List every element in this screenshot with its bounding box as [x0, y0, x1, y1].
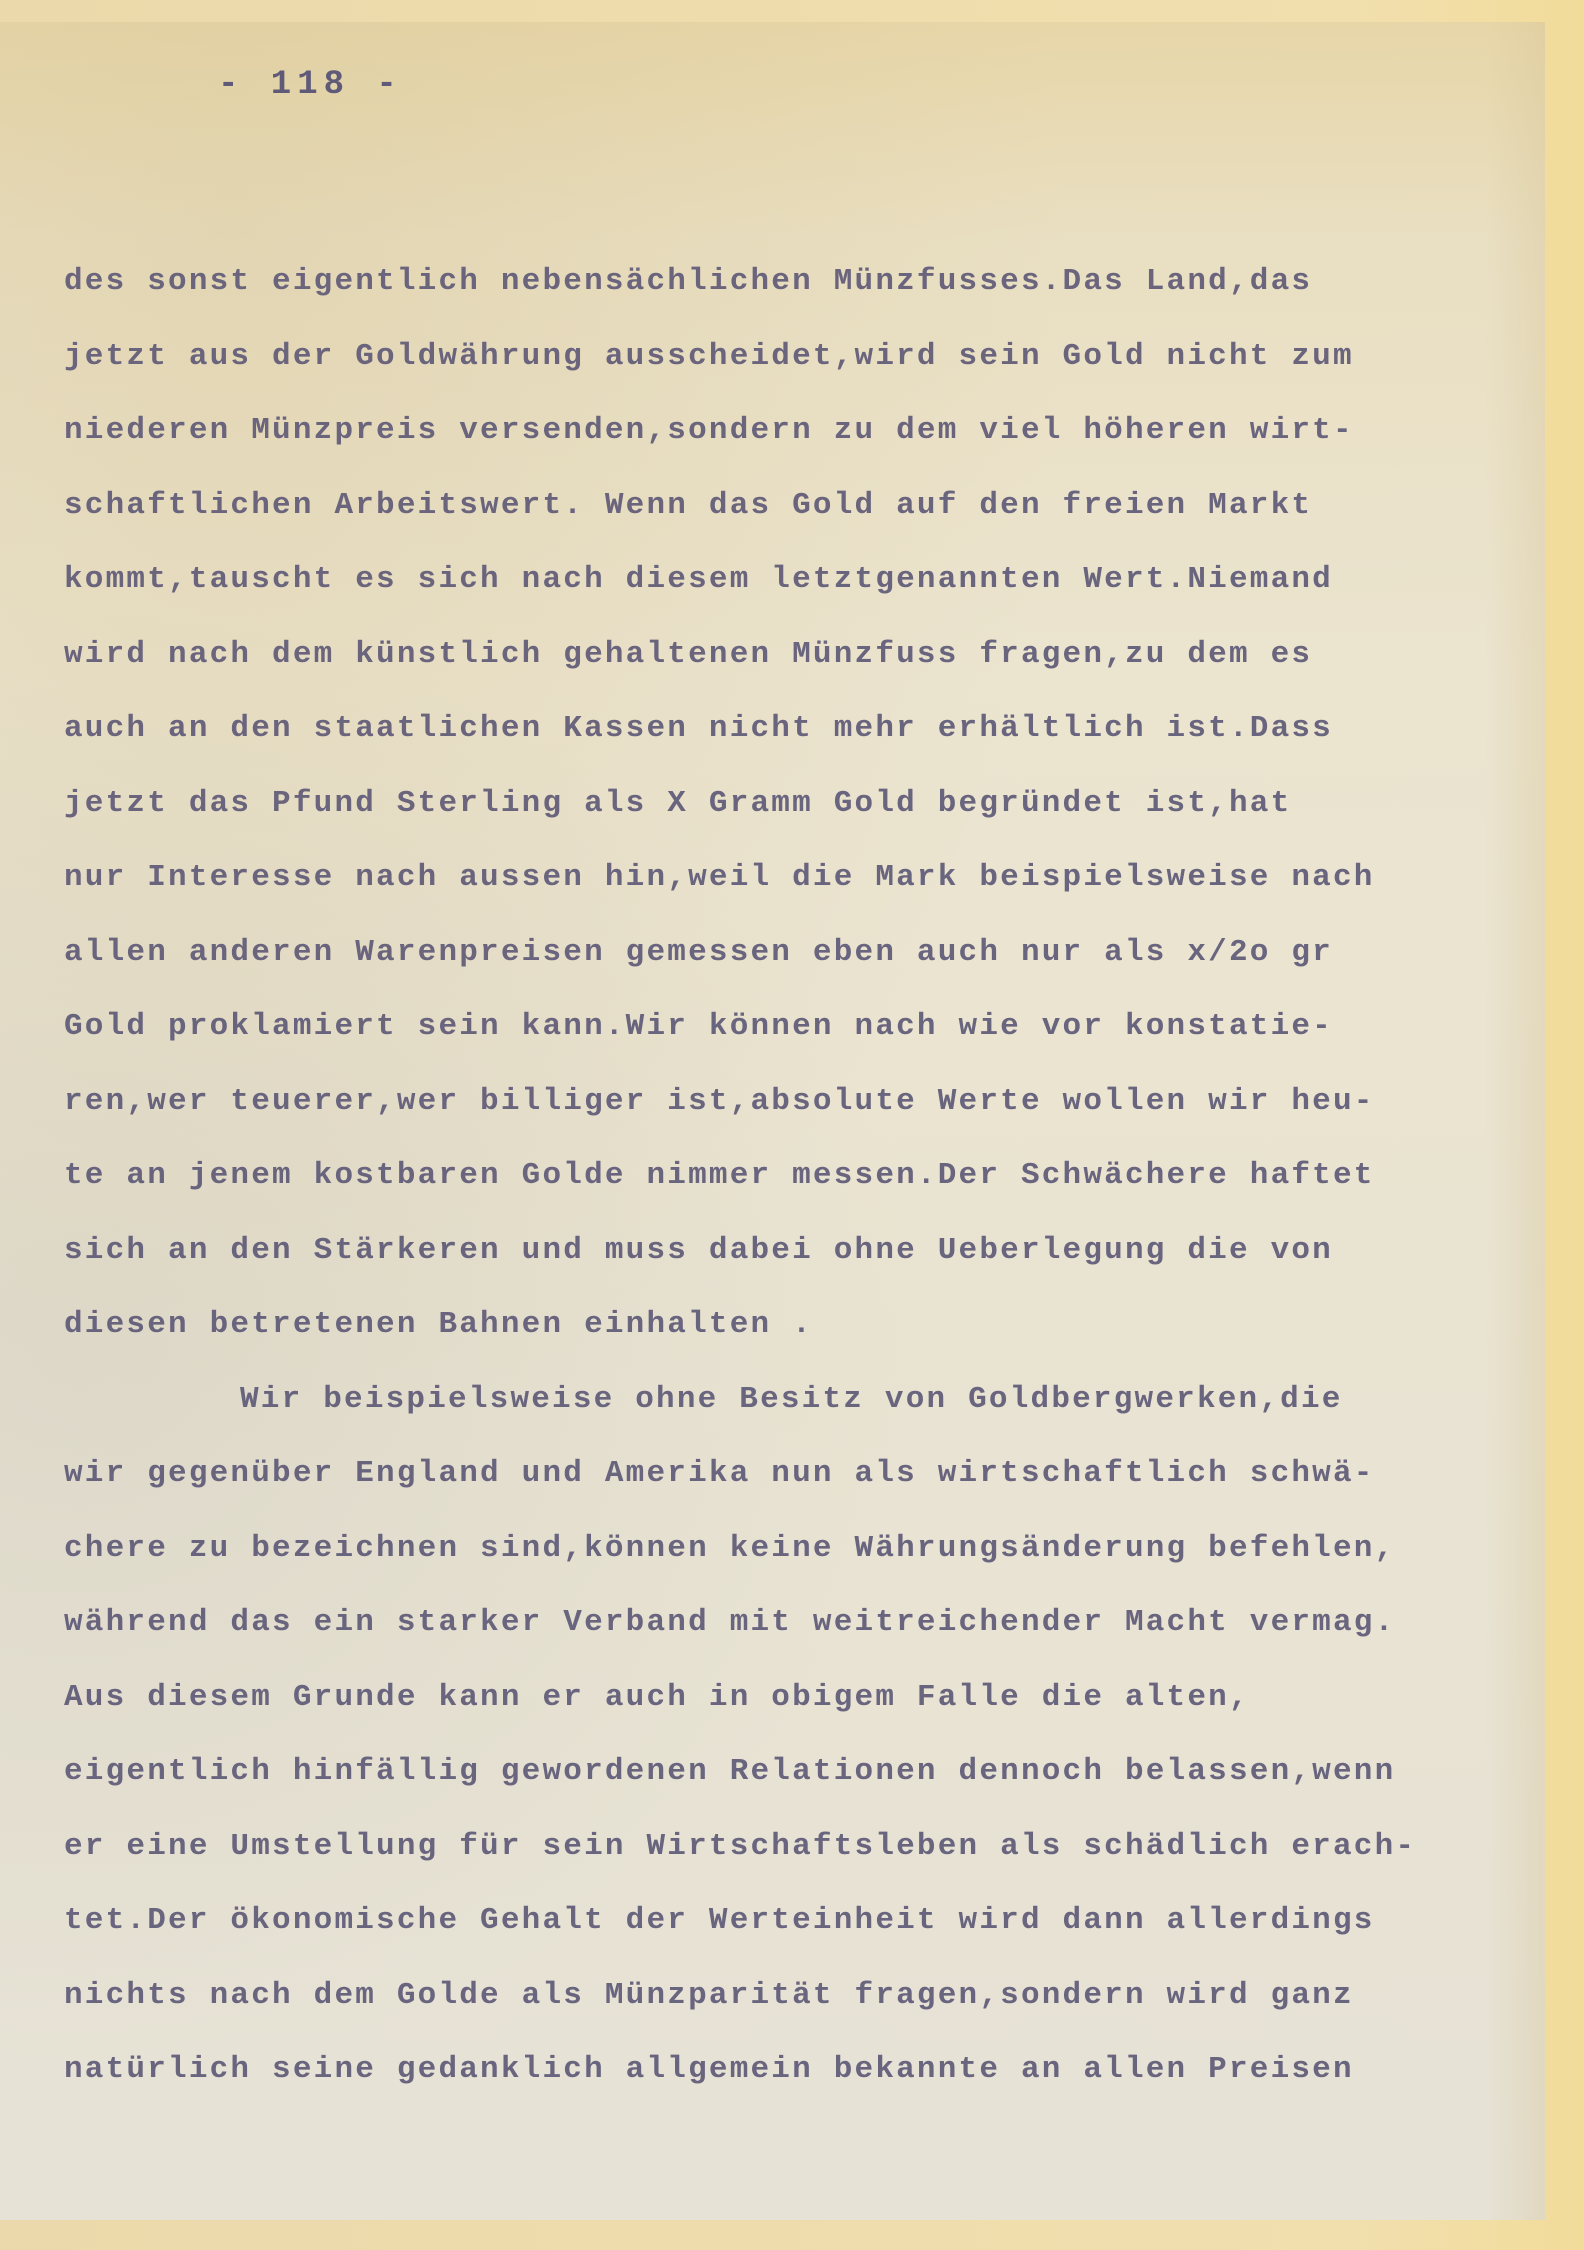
text-line: allen anderen Warenpreisen gemessen eben…	[64, 933, 1524, 1008]
text-line: ren,wer teuerer,wer billiger ist,absolut…	[64, 1082, 1524, 1157]
text-line: wird nach dem künstlich gehaltenen Münzf…	[64, 635, 1524, 710]
text-line: Gold proklamiert sein kann.Wir können na…	[64, 1007, 1524, 1082]
text-line: sich an den Stärkeren und muss dabei ohn…	[64, 1231, 1524, 1306]
text-line: eigentlich hinfällig gewordenen Relation…	[64, 1752, 1524, 1827]
text-line: des sonst eigentlich nebensächlichen Mün…	[64, 262, 1524, 337]
text-line: diesen betretenen Bahnen einhalten .	[64, 1305, 1524, 1380]
text-line: wir gegenüber England und Amerika nun al…	[64, 1454, 1524, 1529]
text-line: jetzt das Pfund Sterling als X Gramm Gol…	[64, 784, 1524, 859]
text-line: kommt,tauscht es sich nach diesem letztg…	[64, 560, 1524, 635]
page-number: - 118 -	[218, 66, 403, 104]
body-text: des sonst eigentlich nebensächlichen Mün…	[64, 262, 1524, 2125]
text-line: Aus diesem Grunde kann er auch in obigem…	[64, 1678, 1524, 1753]
text-line: nur Interesse nach aussen hin,weil die M…	[64, 858, 1524, 933]
text-line: schaftlichen Arbeitswert. Wenn das Gold …	[64, 486, 1524, 561]
text-line: während das ein starker Verband mit weit…	[64, 1603, 1524, 1678]
text-line: nichts nach dem Golde als Münzparität fr…	[64, 1976, 1524, 2051]
text-line: natürlich seine gedanklich allgemein bek…	[64, 2050, 1524, 2125]
text-line: te an jenem kostbaren Golde nimmer messe…	[64, 1156, 1524, 1231]
text-line: jetzt aus der Goldwährung ausscheidet,wi…	[64, 337, 1524, 412]
text-line: tet.Der ökonomische Gehalt der Werteinhe…	[64, 1901, 1524, 1976]
text-line: chere zu bezeichnen sind,können keine Wä…	[64, 1529, 1524, 1604]
text-line: niederen Münzpreis versenden,sondern zu …	[64, 411, 1524, 486]
text-line: er eine Umstellung für sein Wirtschaftsl…	[64, 1827, 1524, 1902]
text-line: auch an den staatlichen Kassen nicht meh…	[64, 709, 1524, 784]
paragraph-first-line: Wir beispielsweise ohne Besitz von Goldb…	[64, 1380, 1524, 1455]
